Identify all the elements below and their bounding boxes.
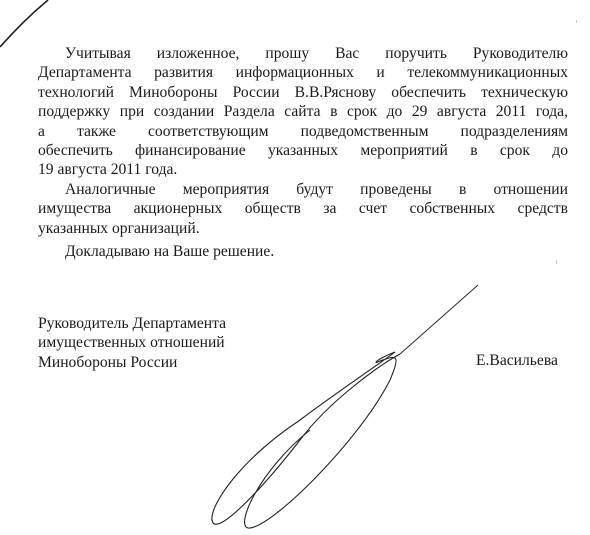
signatory-name: Е.Васильева	[476, 352, 558, 370]
paragraph-similar-measures: Аналогичные мероприятия будут проведены …	[38, 180, 568, 238]
text-line: Докладываю на Ваше решение.	[38, 242, 568, 261]
text-line: обеспечить финансирование указанных меро…	[11, 141, 568, 160]
scan-speck	[576, 20, 577, 23]
scan-speck	[556, 260, 557, 264]
text-line: технологий Минобороны России В.В.Ряснову…	[11, 83, 568, 102]
text-line: указанных организаций.	[11, 219, 568, 238]
document-page: Учитывая изложенное, прошу Вас поручить …	[0, 0, 590, 535]
text-line: Аналогичные мероприятия будут проведены …	[38, 180, 568, 199]
text-line: Департамента развития информационных и т…	[11, 63, 568, 82]
text-line: имущества акционерных обществ за счет со…	[11, 199, 568, 218]
signatory-title: Руководитель Департамента имущественных …	[38, 314, 226, 372]
text-line: поддержку при создании Раздела сайта в с…	[11, 102, 568, 121]
corner-stroke-mark	[0, 0, 60, 50]
paragraph-request: Учитывая изложенное, прошу Вас поручить …	[38, 44, 568, 180]
text-line: Учитывая изложенное, прошу Вас поручить …	[38, 44, 568, 63]
text-line: а также соответствующим подведомственным…	[11, 122, 568, 141]
signatory-title-line: Руководитель Департамента	[38, 314, 226, 333]
paragraph-report: Докладываю на Ваше решение.	[38, 242, 568, 261]
signatory-title-line: Минобороны России	[38, 353, 226, 372]
signatory-title-line: имущественных отношений	[38, 333, 226, 352]
text-line: 19 августа 2011 года.	[11, 160, 568, 179]
letter-body: Учитывая изложенное, прошу Вас поручить …	[38, 44, 568, 261]
